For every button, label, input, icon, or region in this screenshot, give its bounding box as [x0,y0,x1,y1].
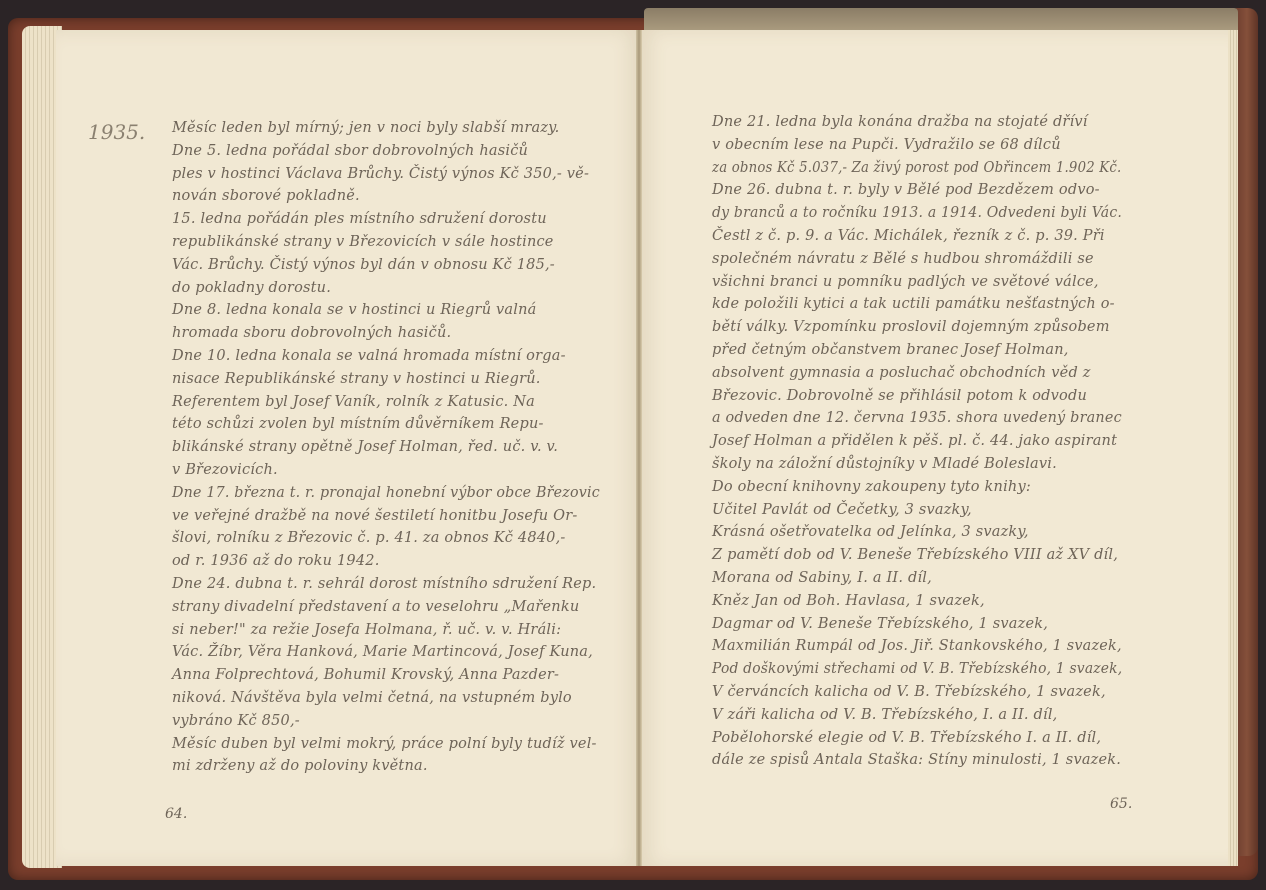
handwritten-line: V záři kalicha od V. B. Třebízského, I. … [712,707,1058,723]
handwritten-line: do pokladny dorostu. [172,280,331,296]
handwritten-line: V červáncích kalicha od V. B. Třebízskéh… [712,684,1106,700]
handwritten-line: vybráno Kč 850,- [172,713,300,729]
handwritten-line: Anna Folprechtová, Bohumil Krovský, Anna… [172,667,559,683]
handwritten-line: Pobělohorské elegie od V. B. Třebízského… [712,730,1101,746]
handwritten-line: 15. ledna pořádán ples místního sdružení… [172,211,547,227]
handwritten-line: Do obecní knihovny zakoupeny tyto knihy: [712,479,1031,495]
handwritten-line: strany divadelní představení a to veselo… [172,599,579,615]
handwritten-line: Dne 10. ledna konala se valná hromada mí… [172,348,566,364]
handwritten-line: nován sborové pokladně. [172,188,360,204]
page-number-right: 65. [1110,796,1132,812]
handwritten-line: v Březovicích. [172,462,278,478]
handwritten-line: Měsíc duben byl velmi mokrý, práce polní… [172,736,597,752]
book-gutter [636,30,642,866]
handwritten-line: Krásná ošetřovatelka od Jelínka, 3 svazk… [712,524,1029,540]
handwritten-line: školy na záložní důstojníky v Mladé Bole… [712,456,1057,472]
handwritten-line: za obnos Kč 5.037,- Za živý porost pod O… [712,160,1121,176]
handwritten-line: dy branců a to ročníku 1913. a 1914. Odv… [712,205,1122,221]
handwritten-line: v obecním lese na Pupči. Vydražilo se 68… [712,137,1061,153]
handwritten-line: Referentem byl Josef Vaník, rolník z Kat… [172,394,535,410]
handwritten-line: před četným občanstvem branec Josef Holm… [712,342,1069,358]
year-margin-note: 1935. [88,120,145,144]
handwritten-line: Dne 21. ledna byla konána dražba na stoj… [712,114,1088,130]
right-page-text: Dne 21. ledna byla konána dražba na stoj… [712,114,1142,794]
handwritten-line: Kněz Jan od Boh. Havlasa, 1 svazek, [712,593,985,609]
handwritten-line: Měsíc leden byl mírný; jen v noci byly s… [172,120,559,136]
handwritten-line: niková. Návštěva byla velmi četná, na vs… [172,690,572,706]
handwritten-line: kde položili kytici a tak uctili památku… [712,296,1115,312]
handwritten-line: Učitel Pavlát od Čečetky, 3 svazky, [712,502,972,518]
page-number-left: 64. [165,806,187,822]
handwritten-line: Dne 24. dubna t. r. sehrál dorost místní… [172,576,596,592]
handwritten-line: mi zdrženy až do poloviny května. [172,758,428,774]
left-page-text: Měsíc leden byl mírný; jen v noci byly s… [172,120,602,800]
handwritten-line: a odveden dne 12. června 1935. shora uve… [712,410,1122,426]
handwritten-line: Vác. Žíbr, Věra Hanková, Marie Martincov… [172,644,593,660]
handwritten-line: Dagmar od V. Beneše Třebízského, 1 svaze… [712,616,1048,632]
handwritten-line: blikánské strany opětně Josef Holman, ře… [172,439,558,455]
handwritten-line: Maxmilián Rumpál od Jos. Jiř. Stankovské… [712,638,1122,654]
handwritten-line: ve veřejné dražbě na nové šestiletí honi… [172,508,577,524]
handwritten-line: společném návratu z Bělé s hudbou shromá… [712,251,1094,267]
handwritten-line: Morana od Sabiny, I. a II. díl, [712,570,932,586]
handwritten-line: Z pamětí dob od V. Beneše Třebízského VI… [712,547,1118,563]
handwritten-line: absolvent gymnasia a posluchač obchodníc… [712,365,1091,381]
handwritten-line: Josef Holman a přidělen k pěš. pl. č. 44… [712,433,1117,449]
handwritten-line: Dne 17. března t. r. pronajal honební vý… [172,485,600,501]
handwritten-line: bětí války. Vzpomínku proslovil dojemným… [712,319,1110,335]
handwritten-line: Březovic. Dobrovolně se přihlásil potom … [712,388,1087,404]
handwritten-line: Pod doškovými střechami od V. B. Třebízs… [712,661,1122,677]
handwritten-line: hromada sboru dobrovolných hasičů. [172,325,451,341]
handwritten-line: Vác. Brůchy. Čistý výnos byl dán v obnos… [172,257,555,273]
handwritten-line: republikánské strany v Březovicích v sál… [172,234,554,250]
handwritten-line: Dne 26. dubna t. r. byly v Bělé pod Bezd… [712,182,1100,198]
handwritten-line: Dne 5. ledna pořádal sbor dobrovolných h… [172,143,528,159]
handwritten-line: dále ze spisů Antala Staška: Stíny minul… [712,752,1121,768]
handwritten-line: Dne 8. ledna konala se v hostinci u Rieg… [172,302,537,318]
handwritten-line: této schůzi zvolen byl místním důvěrníke… [172,416,544,432]
book-cover-edge [1236,8,1258,856]
handwritten-line: nisace Republikánské strany v hostinci u… [172,371,541,387]
handwritten-line: všichni branci u pomníku padlých ve svět… [712,274,1099,290]
handwritten-line: Čestl z č. p. 9. a Vác. Michálek, řezník… [712,228,1105,244]
page-block-top [644,8,1238,30]
handwritten-line: od r. 1936 až do roku 1942. [172,553,380,569]
page-stack-right [1228,30,1238,866]
handwritten-line: šlovi, rolníku z Březovic č. p. 41. za o… [172,530,566,546]
handwritten-line: si neber!" za režie Josefa Holmana, ř. u… [172,622,561,638]
handwritten-line: ples v hostinci Václava Brůchy. Čistý vý… [172,166,589,182]
